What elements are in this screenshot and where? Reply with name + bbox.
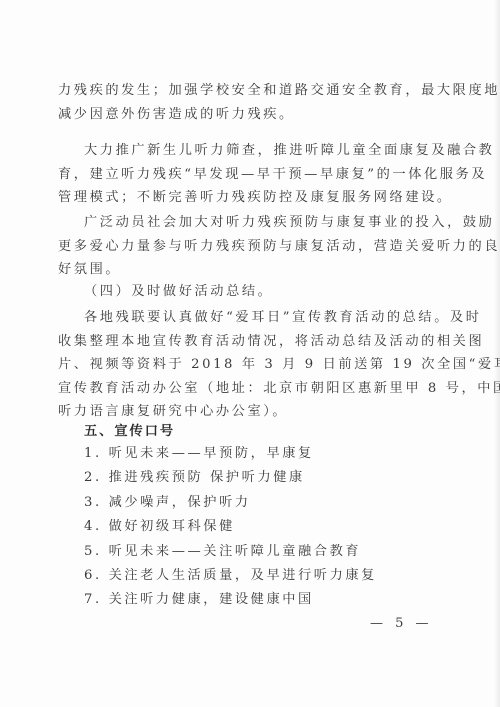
section-heading-4: （四）及时做好活动总结。 (84, 283, 484, 301)
text-line: 力残疾的发生；加强学校安全和道路交通安全教育，最大限度地 (58, 82, 458, 100)
text-line: 片、视频等资料于 2018 年 3 月 9 日前送第 19 次全国“爱耳日” (58, 356, 458, 374)
slogan-item: 6. 关注老人生活质量，及早进行听力康复 (84, 567, 484, 585)
text-line: 各地残联要认真做好“爱耳日”宣传教育活动的总结。及时 (84, 309, 484, 327)
text-line: 育，建立听力残疾“早发现—早干预—早康复”的一体化服务及 (58, 166, 458, 184)
section-heading-5: 五、宣传口号 (84, 423, 484, 441)
text-line: 减少因意外伤害造成的听力残疾。 (58, 106, 458, 124)
slogan-item: 4. 做好初级耳科保健 (84, 518, 484, 536)
text-line: 管理模式；不断完善听力残疾防控及康复服务网络建设。 (58, 189, 458, 207)
text-line: 更多爱心力量参与听力残疾预防与康复活动，营造关爱听力的良 (58, 238, 458, 256)
slogan-item: 5. 听见未来——关注听障儿童融合教育 (84, 543, 484, 561)
text-line: 听力语言康复研究中心办公室）。 (58, 403, 458, 421)
text-line: 大力推广新生儿听力筛查，推进听障儿童全面康复及融合教 (84, 142, 484, 160)
document-page: 力残疾的发生；加强学校安全和道路交通安全教育，最大限度地减少因意外伤害造成的听力… (0, 0, 500, 707)
text-line: 收集整理本地宣传教育活动情况，将活动总结及活动的相关图 (58, 333, 458, 351)
text-line: 好氛围。 (58, 261, 458, 279)
text-line: 广泛动员社会加大对听力残疾预防与康复事业的投入，鼓励 (84, 214, 484, 232)
slogan-item: 2. 推进残疾预防 保护听力健康 (84, 469, 484, 487)
page-number: — 5 — (370, 616, 433, 631)
text-line: 宣传教育活动办公室（地址：北京市朝阳区惠新里甲 8 号，中国 (58, 380, 458, 398)
slogan-item: 1. 听见未来——早预防，早康复 (84, 445, 484, 463)
page-edge-shadow (494, 0, 500, 707)
slogan-item: 7. 关注听力健康，建设健康中国 (84, 591, 484, 609)
slogan-item: 3. 减少噪声，保护听力 (84, 494, 484, 512)
